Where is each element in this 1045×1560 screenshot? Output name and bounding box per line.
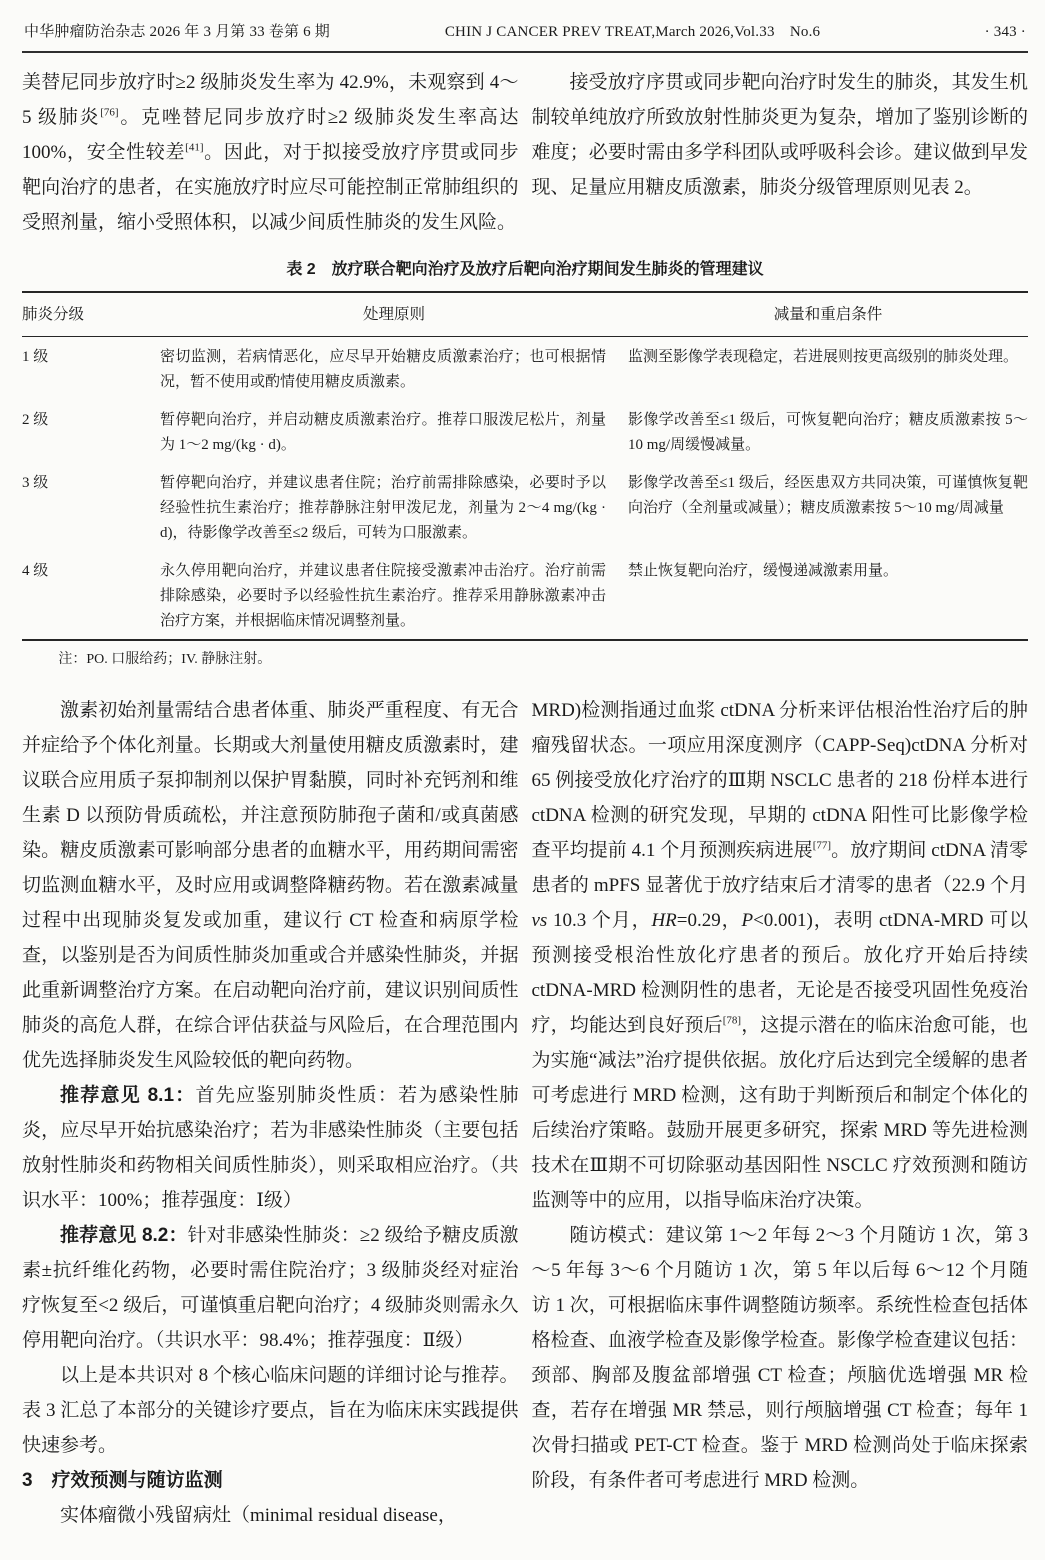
pneumonitis-management-table: 肺炎分级 处理原则 减量和重启条件 1 级 密切监测，若病情恶化，应尽早开始糖皮… (22, 291, 1028, 641)
page-header: 中华肿瘤防治杂志 2026 年 3 月第 33 卷第 6 期 CHIN J CA… (22, 0, 1028, 53)
cell-principle: 暂停靶向治疗，并建议患者住院；治疗前需排除感染，必要时予以经验性抗生素治疗；推荐… (160, 463, 628, 551)
cell-grade: 3 级 (22, 463, 160, 551)
right-column-top: 接受放疗序贯或同步靶向治疗时发生的肺炎，其发生机制较单纯放疗所致放射性肺炎更为复… (532, 65, 1029, 240)
table-2-block: 表 2 放疗联合靶向治疗及放疗后靶向治疗期间发生肺炎的管理建议 肺炎分级 处理原… (22, 256, 1028, 671)
table-row: 4 级 永久停用靶向治疗，并建议患者住院接受激素冲击治疗。治疗前需排除感染，必要… (22, 551, 1028, 640)
top-columns: 美替尼同步放疗时≥2 级肺炎发生率为 42.9%，未观察到 4～5 级肺炎[76… (22, 65, 1028, 240)
paragraph: MRD)检测指通过血浆 ctDNA 分析来评估根治性治疗后的肿瘤残留状态。一项应… (532, 693, 1029, 1218)
section-heading: 3 疗效预测与随访监测 (22, 1463, 519, 1498)
cell-grade: 1 级 (22, 337, 160, 401)
cell-condition: 监测至影像学表现稳定，若进展则按更高级别的肺炎处理。 (628, 337, 1028, 401)
column-header-principle: 处理原则 (160, 292, 628, 337)
column-header-condition: 减量和重启条件 (628, 292, 1028, 337)
paragraph: 美替尼同步放疗时≥2 级肺炎发生率为 42.9%，未观察到 4～5 级肺炎[76… (22, 65, 519, 240)
paragraph: 激素初始剂量需结合患者体重、肺炎严重程度、有无合并症给予个体化剂量。长期或大剂量… (22, 693, 519, 1078)
journal-title-chinese: 中华肿瘤防治杂志 2026 年 3 月第 33 卷第 6 期 (24, 20, 425, 41)
page-number: · 343 · (926, 24, 1026, 41)
paragraph: 随访模式：建议第 1～2 年每 2～3 个月随访 1 次，第 3～5 年每 3～… (532, 1218, 1029, 1498)
right-column-bottom: MRD)检测指通过血浆 ctDNA 分析来评估根治性治疗后的肿瘤残留状态。一项应… (532, 693, 1029, 1533)
cell-grade: 4 级 (22, 551, 160, 640)
table-row: 2 级 暂停靶向治疗，并启动糖皮质激素治疗。推荐口服泼尼松片，剂量为 1～2 m… (22, 400, 1028, 463)
table-row: 3 级 暂停靶向治疗，并建议患者住院；治疗前需排除感染，必要时予以经验性抗生素治… (22, 463, 1028, 551)
left-column-bottom: 激素初始剂量需结合患者体重、肺炎严重程度、有无合并症给予个体化剂量。长期或大剂量… (22, 693, 519, 1533)
table-footnote: 注：PO. 口服给药；IV. 静脉注射。 (58, 649, 1028, 671)
paragraph: 实体瘤微小残留病灶（minimal residual disease， (22, 1498, 519, 1533)
table-row: 1 级 密切监测，若病情恶化，应尽早开始糖皮质激素治疗；也可根据情况，暂不使用或… (22, 337, 1028, 401)
journal-page: 中华肿瘤防治杂志 2026 年 3 月第 33 卷第 6 期 CHIN J CA… (0, 0, 1045, 1560)
recommendation-8-2: 推荐意见 8.2：针对非感染性肺炎：≥2 级给予糖皮质激素±抗纤维化药物，必要时… (22, 1218, 519, 1358)
cell-principle: 密切监测，若病情恶化，应尽早开始糖皮质激素治疗；也可根据情况，暂不使用或酌情使用… (160, 337, 628, 401)
cell-principle: 暂停靶向治疗，并启动糖皮质激素治疗。推荐口服泼尼松片，剂量为 1～2 mg/(k… (160, 400, 628, 463)
cell-condition: 禁止恢复靶向治疗，缓慢递减激素用量。 (628, 551, 1028, 640)
paragraph: 以上是本共识对 8 个核心临床问题的详细讨论与推荐。表 3 汇总了本部分的关键诊… (22, 1358, 519, 1463)
recommendation-8-1: 推荐意见 8.1：首先应鉴别肺炎性质：若为感染性肺炎，应尽早开始抗感染治疗；若为… (22, 1078, 519, 1218)
column-header-grade: 肺炎分级 (22, 292, 160, 337)
cell-grade: 2 级 (22, 400, 160, 463)
cell-condition: 影像学改善至≤1 级后，可恢复靶向治疗；糖皮质激素按 5～10 mg/周缓慢减量… (628, 400, 1028, 463)
table-header-row: 肺炎分级 处理原则 减量和重启条件 (22, 292, 1028, 337)
journal-title-english: CHIN J CANCER PREV TREAT,March 2026,Vol.… (445, 20, 906, 41)
table-title: 表 2 放疗联合靶向治疗及放疗后靶向治疗期间发生肺炎的管理建议 (22, 256, 1028, 279)
cell-principle: 永久停用靶向治疗，并建议患者住院接受激素冲击治疗。治疗前需排除感染，必要时予以经… (160, 551, 628, 640)
cell-condition: 影像学改善至≤1 级后，经医患双方共同决策，可谨慎恢复靶向治疗（全剂量或减量）；… (628, 463, 1028, 551)
bottom-columns: 激素初始剂量需结合患者体重、肺炎严重程度、有无合并症给予个体化剂量。长期或大剂量… (22, 693, 1028, 1533)
paragraph: 接受放疗序贯或同步靶向治疗时发生的肺炎，其发生机制较单纯放疗所致放射性肺炎更为复… (532, 65, 1029, 205)
left-column-top: 美替尼同步放疗时≥2 级肺炎发生率为 42.9%，未观察到 4～5 级肺炎[76… (22, 65, 519, 240)
